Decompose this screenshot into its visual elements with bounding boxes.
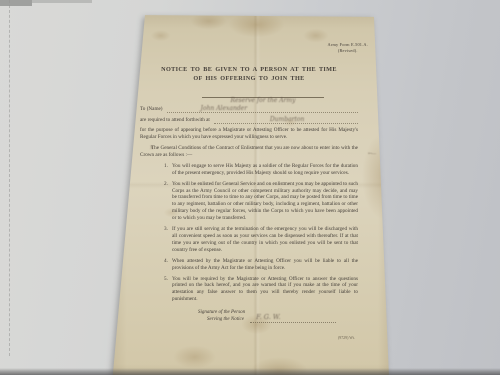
clause-number: 4. <box>164 258 172 272</box>
place-fill-rule: Dumbarton <box>214 116 358 124</box>
pencil-margin-mark-right: ←— <box>368 151 375 157</box>
clause-item: 5.You will be required by the Magistrate… <box>140 276 358 304</box>
clause-number: 1. <box>164 163 172 177</box>
document-paper: Army Form E.501.A. (Revised). NOTICE TO … <box>110 14 392 375</box>
form-number-line2: (Revised). <box>328 48 368 54</box>
attend-row: are required to attend forthwith at Dumb… <box>140 116 358 124</box>
clause-number: 3. <box>164 226 172 254</box>
name-row: To (Name) John Alexander <box>140 105 358 113</box>
clause-number: 5. <box>164 276 172 304</box>
clause-text: You will be required by the Magistrate o… <box>172 276 358 304</box>
signature-label-line2: Serving the Notice <box>207 317 245 323</box>
document-content: NOTICE TO BE GIVEN TO A PERSON AT THE TI… <box>140 66 358 323</box>
name-fill-rule: John Alexander <box>167 105 358 113</box>
signature-fill-rule: F. G. W. <box>250 314 336 323</box>
clause-item: 4.When attested by the Magistrate or Att… <box>140 258 358 272</box>
purpose-paragraph: for the purpose of appearing before a Ma… <box>140 127 358 141</box>
form-number: Army Form E.501.A. (Revised). <box>328 42 368 53</box>
printer-code: (9729) Wt. <box>338 336 355 340</box>
photo-of-document: Army Form E.501.A. (Revised). NOTICE TO … <box>0 0 500 375</box>
handwritten-place: Dumbarton <box>270 116 305 123</box>
to-name-label: To (Name) <box>140 106 163 113</box>
attend-label: are required to attend forthwith at <box>140 117 210 124</box>
clause-item: 3.If you are still serving at the termin… <box>140 226 358 254</box>
signature-label-line1: Signature of the Person <box>198 310 245 316</box>
title-line1: NOTICE TO BE GIVEN TO A PERSON AT THE TI… <box>140 66 358 75</box>
signature-block: Signature of the Person Serving the Noti… <box>198 310 358 323</box>
photo-bottom-edge-shadow <box>0 368 500 375</box>
title-line2: OF HIS OFFERING TO JOIN THE <box>140 75 358 84</box>
paper-shadow-wrapper: Army Form E.501.A. (Revised). NOTICE TO … <box>0 0 500 375</box>
handwritten-force-entry: Reserve for the Army <box>230 97 295 104</box>
clause-item: 2.You will be enlisted for General Servi… <box>140 181 358 222</box>
joined-force-fill-line: Reserve for the Army <box>202 89 324 98</box>
conditions-intro: The General Conditions of the Contract o… <box>140 145 358 159</box>
clause-text: You will engage to serve His Majesty as … <box>172 163 358 177</box>
pencil-margin-mark-left: x <box>150 144 153 151</box>
clause-text: If you are still serving at the terminat… <box>172 226 358 254</box>
clause-text: You will be enlisted for General Service… <box>172 181 358 222</box>
clause-text: When attested by the Magistrate or Attes… <box>172 258 358 272</box>
clause-list: 1.You will engage to serve His Majesty a… <box>140 163 358 303</box>
signature-labels: Signature of the Person Serving the Noti… <box>198 310 245 323</box>
handwritten-name: John Alexander <box>201 105 248 112</box>
document-title: NOTICE TO BE GIVEN TO A PERSON AT THE TI… <box>140 66 358 83</box>
form-number-line1: Army Form E.501.A. <box>328 42 368 48</box>
handwritten-signature: F. G. W. <box>256 313 280 321</box>
clause-item: 1.You will engage to serve His Majesty a… <box>140 163 358 177</box>
clause-number: 2. <box>164 181 172 222</box>
